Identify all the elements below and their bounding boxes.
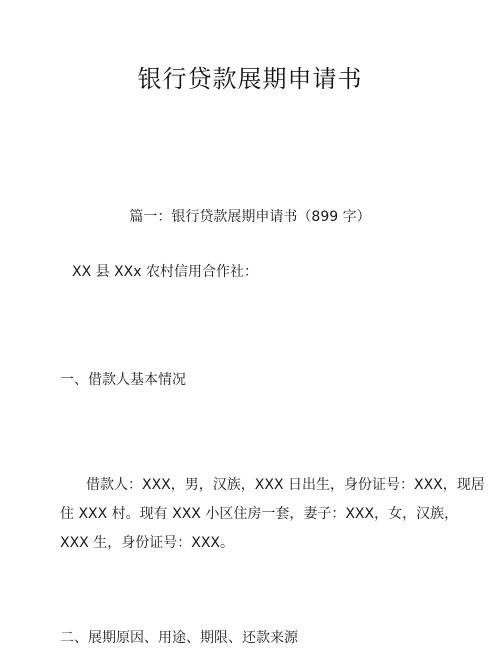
document-subtitle: 篇一：银行贷款展期申请书（899 字） xyxy=(0,206,500,228)
section-heading-borrower-info: 一、借款人基本情况 xyxy=(60,369,186,391)
borrower-info-paragraph: 借款人：XXX，男，汉族，XXX 日出生，身份证号：XXX，现居 住 XXX 村… xyxy=(60,471,460,558)
paragraph-line: XXX 生，身份证号：XXX。 xyxy=(60,529,460,558)
paragraph-line: 借款人：XXX，男，汉族，XXX 日出生，身份证号：XXX，现居 xyxy=(60,471,460,500)
section-heading-extension-reason: 二、展期原因、用途、期限、还款来源 xyxy=(60,627,298,649)
document-title: 银行贷款展期申请书 xyxy=(0,62,500,96)
paragraph-line: 住 XXX 村。现有 XXX 小区住房一套，妻子：XXX，女，汉族， xyxy=(60,500,460,529)
document-page: 银行贷款展期申请书 篇一：银行贷款展期申请书（899 字） XX 县 XXx 农… xyxy=(0,0,500,657)
salutation: XX 县 XXx 农村信用合作社： xyxy=(72,261,258,283)
